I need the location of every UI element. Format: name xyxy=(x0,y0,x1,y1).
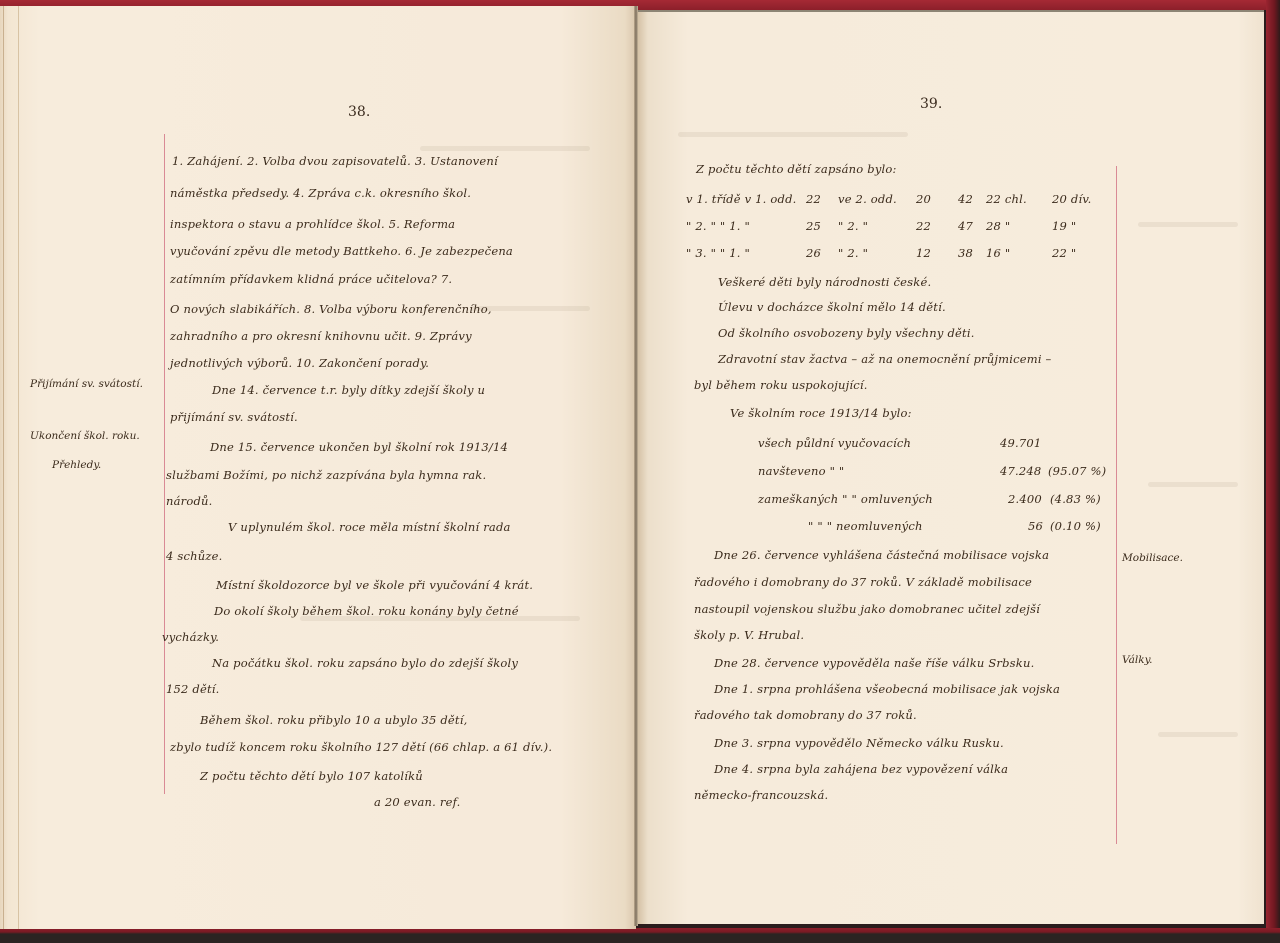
bleed-through xyxy=(1138,222,1238,227)
text-line: Během škol. roku přibylo 10 a ubylo 35 d… xyxy=(200,713,467,727)
stat-value: 49.701 xyxy=(1000,436,1041,450)
margin-note: Přehledy. xyxy=(52,459,101,471)
book-cover-bottom-edge xyxy=(0,928,1280,943)
text-line: náměstka předsedy. 4. Zpráva c.k. okresn… xyxy=(170,186,471,200)
text-line: Dne 28. července vypověděla naše říše vá… xyxy=(714,656,1034,670)
stat-value: 47.248 xyxy=(1000,464,1041,478)
right-page: 39. Mobilisace. Války. Z počtu těchto dě… xyxy=(638,10,1264,924)
row-label: " 3. " " 1. " xyxy=(686,246,750,260)
text-line: Dne 26. července vyhlášena částečná mobi… xyxy=(714,548,1049,562)
stat-label: všech půldní vyučovacích xyxy=(758,436,911,450)
enrollment-intro: Z počtu těchto dětí zapsáno bylo: xyxy=(696,162,897,176)
text-line: německo-francouzská. xyxy=(694,788,828,802)
text-line: Dne 15. července ukončen byl školní rok … xyxy=(210,440,508,454)
text-line: službami Božími, po nichž zazpívána byla… xyxy=(166,468,486,482)
text-line: řadového i domobrany do 37 roků. V zákla… xyxy=(694,575,1032,589)
text-line: zatímním přídavkem klidná práce učitelov… xyxy=(170,272,452,286)
cell-total: 42 xyxy=(958,192,973,206)
bleed-through xyxy=(1158,732,1238,737)
cell-mid: " 2. " xyxy=(838,219,868,233)
bleed-through xyxy=(678,132,908,137)
text-line: Veškeré děti byly národnosti české. xyxy=(718,275,931,289)
text-line: a 20 evan. ref. xyxy=(374,795,460,809)
bleed-through xyxy=(420,146,590,151)
text-line: Dne 14. července t.r. byly dítky zdejší … xyxy=(212,383,485,397)
page-stack-edge xyxy=(3,6,19,929)
bleed-through xyxy=(1148,482,1238,487)
text-line: Dne 1. srpna prohlášena všeobecná mobili… xyxy=(714,682,1060,696)
cell-total: 38 xyxy=(958,246,973,260)
stat-label: navšteveno " " xyxy=(758,464,844,478)
cell-odd2: 20 xyxy=(916,192,931,206)
stat-value: 56 xyxy=(1028,519,1043,533)
stat-percent: (4.83 %) xyxy=(1050,492,1101,506)
text-line: vyučování zpěvu dle metody Battkeho. 6. … xyxy=(170,244,513,258)
cell-total: 47 xyxy=(958,219,973,233)
text-line: školy p. V. Hrubal. xyxy=(694,628,804,642)
stat-percent: (95.07 %) xyxy=(1048,464,1106,478)
text-line: V uplynulém škol. roce měla místní školn… xyxy=(228,520,511,534)
text-line: zahradního a pro okresní knihovnu učit. … xyxy=(170,329,472,343)
cell-boys: 28 " xyxy=(986,219,1010,233)
text-line: národů. xyxy=(166,494,213,508)
row-label: v 1. třídě v 1. odd. xyxy=(686,192,796,206)
text-line: řadového tak domobrany do 37 roků. xyxy=(694,708,917,722)
cell-mid: ve 2. odd. xyxy=(838,192,897,206)
cell-boys: 16 " xyxy=(986,246,1010,260)
margin-note: Ukončení škol. roku. xyxy=(30,430,140,442)
text-line: Od školního osvobozeny byly všechny děti… xyxy=(718,326,975,340)
margin-note: Přijímání sv. svátostí. xyxy=(30,378,143,390)
text-line: Ve školním roce 1913/14 bylo: xyxy=(730,406,912,420)
text-line: 4 schůze. xyxy=(166,549,222,563)
text-line: Dne 3. srpna vypovědělo Německo válku Ru… xyxy=(714,736,1004,750)
margin-note: Války. xyxy=(1122,654,1152,666)
text-line: Dne 4. srpna byla zahájena bez vypovězen… xyxy=(714,762,1008,776)
text-line: 152 dětí. xyxy=(166,682,220,696)
cell-odd1: 25 xyxy=(806,219,821,233)
left-page: 38. Přijímání sv. svátostí. Ukončení ško… xyxy=(0,6,636,929)
text-line: Z počtu těchto dětí bylo 107 katolíků xyxy=(200,769,423,783)
text-line: nastoupil vojenskou službu jako domobran… xyxy=(694,602,1040,616)
text-line: Do okolí školy během škol. roku konány b… xyxy=(214,604,519,618)
text-line: vycházky. xyxy=(162,630,219,644)
margin-rule xyxy=(164,134,165,794)
text-line: Na počátku škol. roku zapsáno bylo do zd… xyxy=(212,656,518,670)
book-cover-right-edge xyxy=(1266,0,1280,943)
text-line: Zdravotní stav žactva – až na onemocnění… xyxy=(718,352,1052,366)
text-line: byl během roku uspokojující. xyxy=(694,378,868,392)
page-number: 39. xyxy=(920,96,942,112)
text-line: zbylo tudíž koncem roku školního 127 dět… xyxy=(170,740,552,754)
cell-odd1: 22 xyxy=(806,192,821,206)
cell-odd2: 22 xyxy=(916,219,931,233)
stat-label: " " " neomluvených xyxy=(808,519,923,533)
cell-boys: 22 chl. xyxy=(986,192,1027,206)
row-label: " 2. " " 1. " xyxy=(686,219,750,233)
text-line: 1. Zahájení. 2. Volba dvou zapisovatelů.… xyxy=(172,154,498,168)
text-line: jednotlivých výborů. 10. Zakončení porad… xyxy=(170,356,429,370)
text-line: Místní školdozorce byl ve škole při vyuč… xyxy=(216,578,533,592)
stat-label: zameškaných " " omluvených xyxy=(758,492,933,506)
stat-value: 2.400 xyxy=(1008,492,1042,506)
text-line: O nových slabikářích. 8. Volba výboru ko… xyxy=(170,302,492,316)
page-number: 38. xyxy=(348,104,370,120)
margin-note: Mobilisace. xyxy=(1122,552,1183,564)
cell-odd1: 26 xyxy=(806,246,821,260)
text-line: inspektora o stavu a prohlídce škol. 5. … xyxy=(170,217,455,231)
cell-odd2: 12 xyxy=(916,246,931,260)
cell-girls: 19 " xyxy=(1052,219,1076,233)
text-line: Úlevu v docházce školní mělo 14 dětí. xyxy=(718,300,946,314)
stat-percent: (0.10 %) xyxy=(1050,519,1101,533)
cell-mid: " 2. " xyxy=(838,246,868,260)
cell-girls: 22 " xyxy=(1052,246,1076,260)
cell-girls: 20 dív. xyxy=(1052,192,1092,206)
margin-rule xyxy=(1116,166,1117,844)
text-line: přijímání sv. svátostí. xyxy=(170,410,298,424)
